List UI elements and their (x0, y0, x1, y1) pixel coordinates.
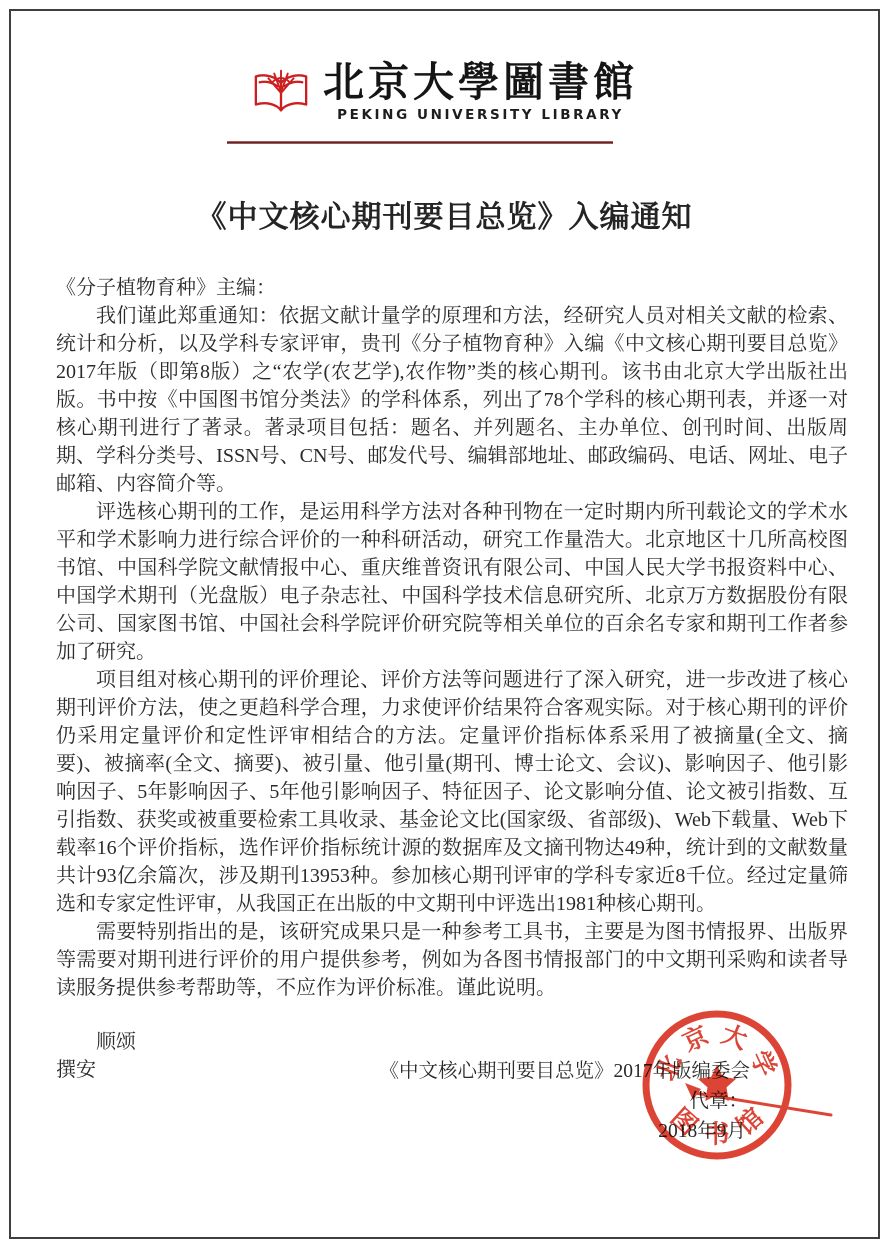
salutation: 《分子植物育种》主编： (56, 274, 848, 302)
paragraph-1: 我们谨此郑重通知：依据文献计量学的原理和方法，经研究人员对相关文献的检索、统计和… (56, 302, 848, 498)
letter-body: 《分子植物育种》主编： 我们谨此郑重通知：依据文献计量学的原理和方法，经研究人员… (56, 274, 848, 1084)
signature-committee: 《中文核心期刊要目总览》2017年版编委会 (379, 1057, 750, 1087)
library-logo: 北京大學圖書館 PEKING UNIVERSITY LIBRARY (11, 61, 878, 123)
signature-seal-note: 代章： (379, 1087, 750, 1117)
letterhead-divider (227, 141, 613, 144)
logo-text-block: 北京大學圖書館 PEKING UNIVERSITY LIBRARY (323, 61, 638, 123)
signature-block: 《中文核心期刊要目总览》2017年版编委会 代章： 2018年9月 (379, 1057, 750, 1147)
paragraph-2: 评选核心期刊的工作，是运用科学方法对各种刊物在一定时期内所刊载论文的学术水平和学… (56, 498, 848, 666)
library-name-chinese: 北京大學圖書館 (323, 61, 638, 104)
letterhead: 北京大學圖書館 PEKING UNIVERSITY LIBRARY (11, 61, 878, 123)
document-page: 北京大學圖書館 PEKING UNIVERSITY LIBRARY 《中文核心期… (9, 9, 880, 1239)
signature-date: 2018年9月 (379, 1117, 750, 1147)
library-name-english: PEKING UNIVERSITY LIBRARY (323, 107, 638, 123)
notice-title: 《中文核心期刊要目总览》入编通知 (11, 192, 878, 236)
closing-salute-line1: 顺颂 (56, 1028, 848, 1056)
paragraph-4: 需要特别指出的是，该研究成果只是一种参考工具书，主要是为图书情报界、出版界等需要… (56, 918, 848, 1002)
open-book-logo-icon (251, 63, 311, 119)
paragraph-3: 项目组对核心期刊的评价理论、评价方法等问题进行了深入研究，进一步改进了核心期刊评… (56, 666, 848, 918)
